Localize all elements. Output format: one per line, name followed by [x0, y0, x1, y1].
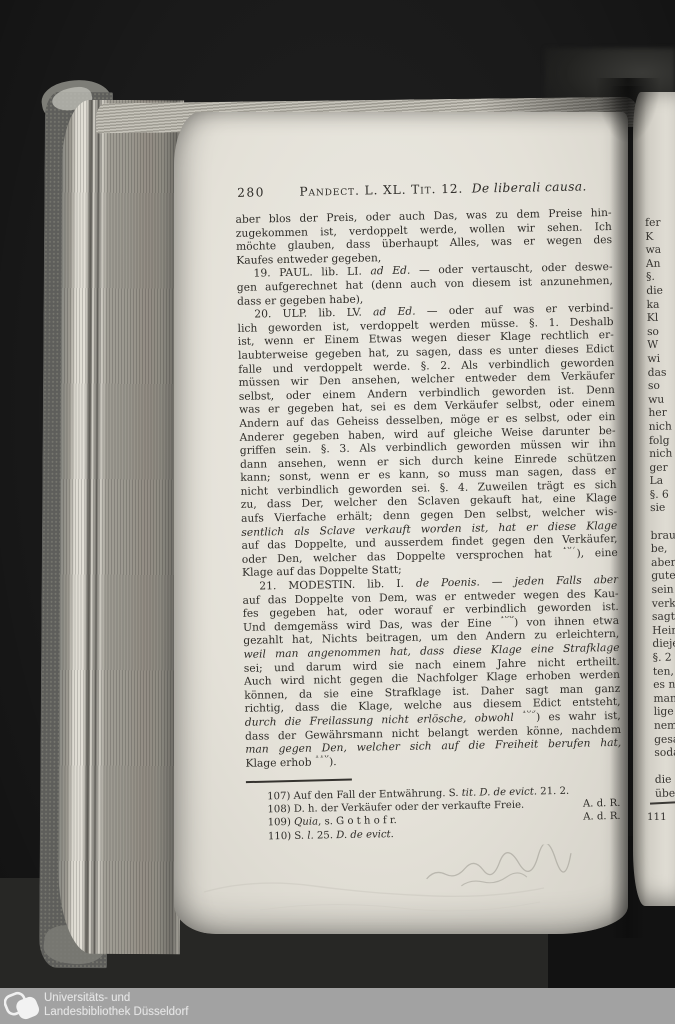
running-title-caps: Pandect. L. XL. Tit. 12. [299, 182, 463, 199]
fragment-line: dieje [652, 637, 675, 651]
fragment-line: soda [654, 746, 675, 760]
fragment-line [654, 759, 675, 773]
page-header: 280 Pandect. L. XL. Tit. 12. De liberali… [235, 179, 611, 202]
fragment-line: sie [650, 501, 675, 515]
fragment-line: K [645, 229, 675, 243]
fragment-line: das [648, 365, 675, 379]
fragment-line [650, 514, 675, 528]
fragment-line: brau [650, 528, 675, 542]
footnote-divider [246, 778, 352, 783]
fragment-line: ten, [653, 664, 675, 678]
fragment-line: wa [645, 243, 675, 257]
fragment-line: be, [651, 542, 675, 556]
fragment-line: so [648, 379, 675, 393]
left-page-print: 280 Pandect. L. XL. Tit. 12. De liberali… [163, 105, 632, 935]
fragment-line: §. 2 [653, 650, 675, 664]
fragment-line: sagt [652, 610, 675, 624]
fragment-line: die [646, 283, 675, 297]
fragment-line: Hein [652, 623, 675, 637]
fragment-line: La [650, 474, 675, 488]
fragment-line: her [648, 406, 675, 420]
running-title-italic: De liberali causa. [472, 179, 587, 195]
fragment-line: wu [648, 392, 675, 406]
fragment-line: nem [654, 718, 675, 732]
fragment-line: lige [654, 705, 675, 719]
running-title: Pandect. L. XL. Tit. 12. De liberali cau… [279, 179, 607, 199]
fragment-line: wi [647, 351, 675, 365]
ulb-logo-icon [4, 990, 40, 1022]
fragment-line: so [647, 324, 675, 338]
right-page-footnote-number: 111 [647, 811, 667, 823]
fragment-line: W [647, 338, 675, 352]
fragment-line: verk [652, 596, 675, 610]
fragment-line: es n [653, 678, 675, 692]
library-name-line2: Landesbibliothek Düsseldorf [44, 1006, 188, 1020]
fragment-line: ka [646, 297, 675, 311]
fragment-line: ger [649, 460, 675, 474]
fragment-line: sein [651, 582, 675, 596]
library-name-line1: Universitäts- und [44, 992, 188, 1006]
fragment-line: nich [649, 447, 675, 461]
fragment-line: fer [645, 215, 675, 229]
page-number: 280 [237, 185, 265, 200]
fragment-line: über [655, 786, 675, 800]
footnote-list: 107) Auf den Fall der Entwährung. S. tit… [246, 784, 623, 844]
fragment-line: die [655, 773, 675, 787]
fragment-line: gute [651, 569, 675, 583]
fragment-line: An [646, 256, 675, 270]
body-text: aber blos der Preis, oder auch Das, was … [235, 206, 621, 770]
fragment-line: §. 6 [650, 487, 675, 501]
fragment-line: nich [649, 419, 675, 433]
footnotes: 107) Auf den Fall der Entwährung. S. tit… [246, 774, 623, 844]
fragment-line: man [653, 691, 675, 705]
fragment-line: gesa [654, 732, 675, 746]
library-banner: Universitäts- und Landesbibliothek Düsse… [0, 988, 675, 1024]
fragment-line: aber [651, 555, 675, 569]
library-name: Universitäts- und Landesbibliothek Düsse… [44, 992, 188, 1019]
fragment-line: §. [646, 270, 675, 284]
fragment-line: Kl [647, 311, 675, 325]
fragment-line: folg [649, 433, 675, 447]
